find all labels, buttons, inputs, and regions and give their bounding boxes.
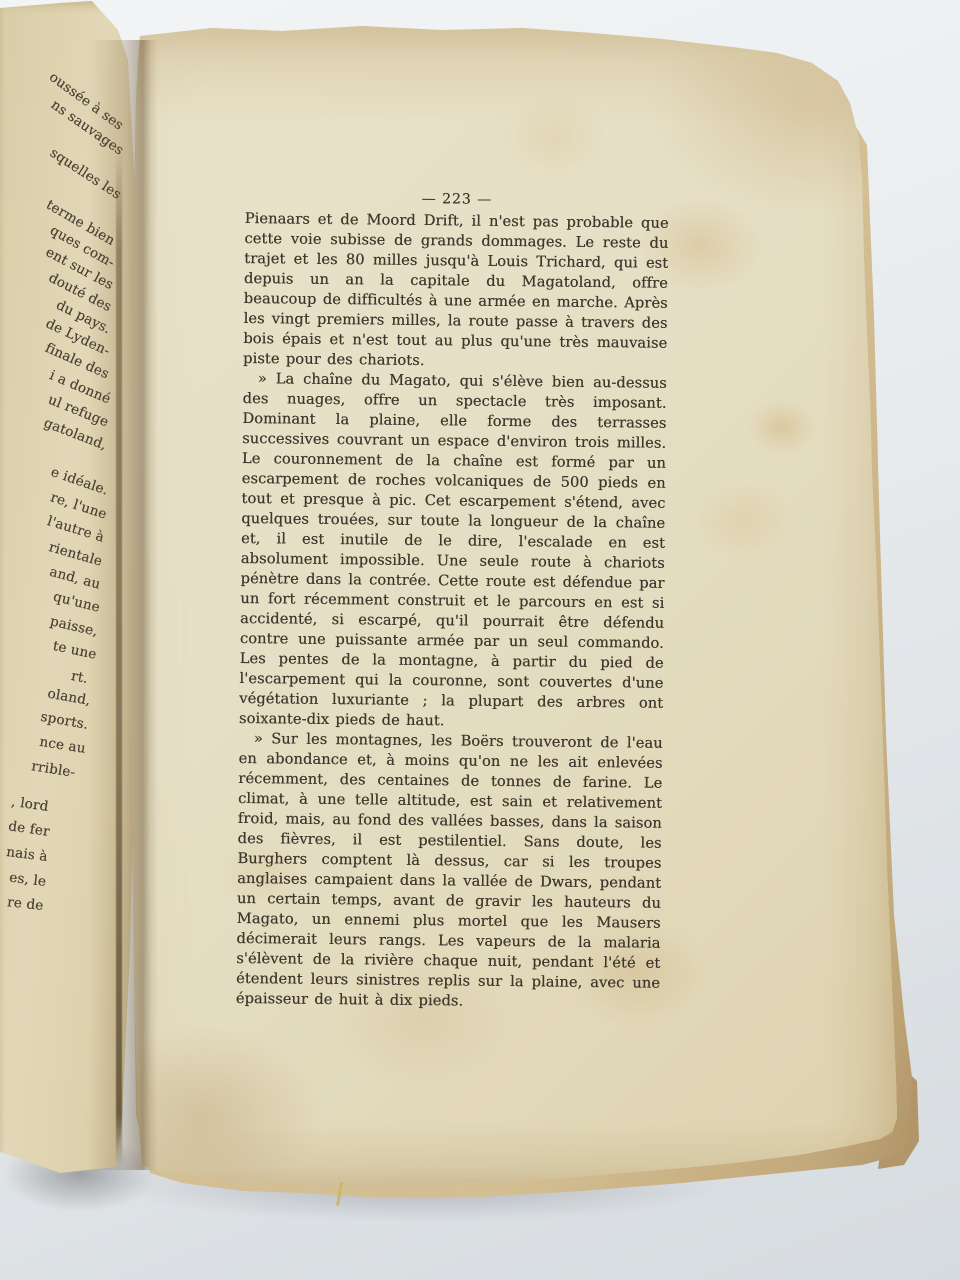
left-page-text-fragment: re de	[6, 894, 44, 914]
left-page-text-fragment: nce au	[38, 734, 86, 757]
page-text-block: — 223 — Pienaars et de Moord Drift, il n…	[236, 187, 669, 1014]
left-page-text-fragment: nais à	[6, 844, 49, 865]
paragraph-1: Pienaars et de Moord Drift, il n'est pas…	[243, 209, 669, 374]
photo-backdrop: oussée à sesns sauvagessquelles lesterme…	[0, 0, 960, 1280]
left-page-text-fragment: paisse,	[49, 613, 100, 640]
right-page: — 223 — Pienaars et de Moord Drift, il n…	[122, 15, 912, 1200]
left-page-text-fragment: rrible-	[30, 758, 76, 781]
left-page-text-fragment: rt.	[70, 668, 90, 687]
left-page-text-fragment: de fer	[8, 818, 51, 840]
left-page-text-fragment: es, le	[8, 870, 47, 890]
left-page: oussée à sesns sauvagessquelles lesterme…	[0, 0, 140, 1185]
left-page-text-fragment: , lord	[10, 794, 49, 815]
left-page-text-fragment: oland,	[46, 686, 91, 709]
left-page-text-fragment: sports.	[39, 709, 89, 733]
left-page-text-fragment: te une	[51, 638, 98, 663]
paragraph-3: » Sur les montagnes, les Boërs trouveron…	[236, 729, 663, 1014]
page-number: — 223 —	[245, 187, 669, 212]
left-page-text-fragment: qu'une	[52, 589, 102, 616]
paragraph-2: » La chaîne du Magato, qui s'élève bien …	[239, 369, 667, 734]
